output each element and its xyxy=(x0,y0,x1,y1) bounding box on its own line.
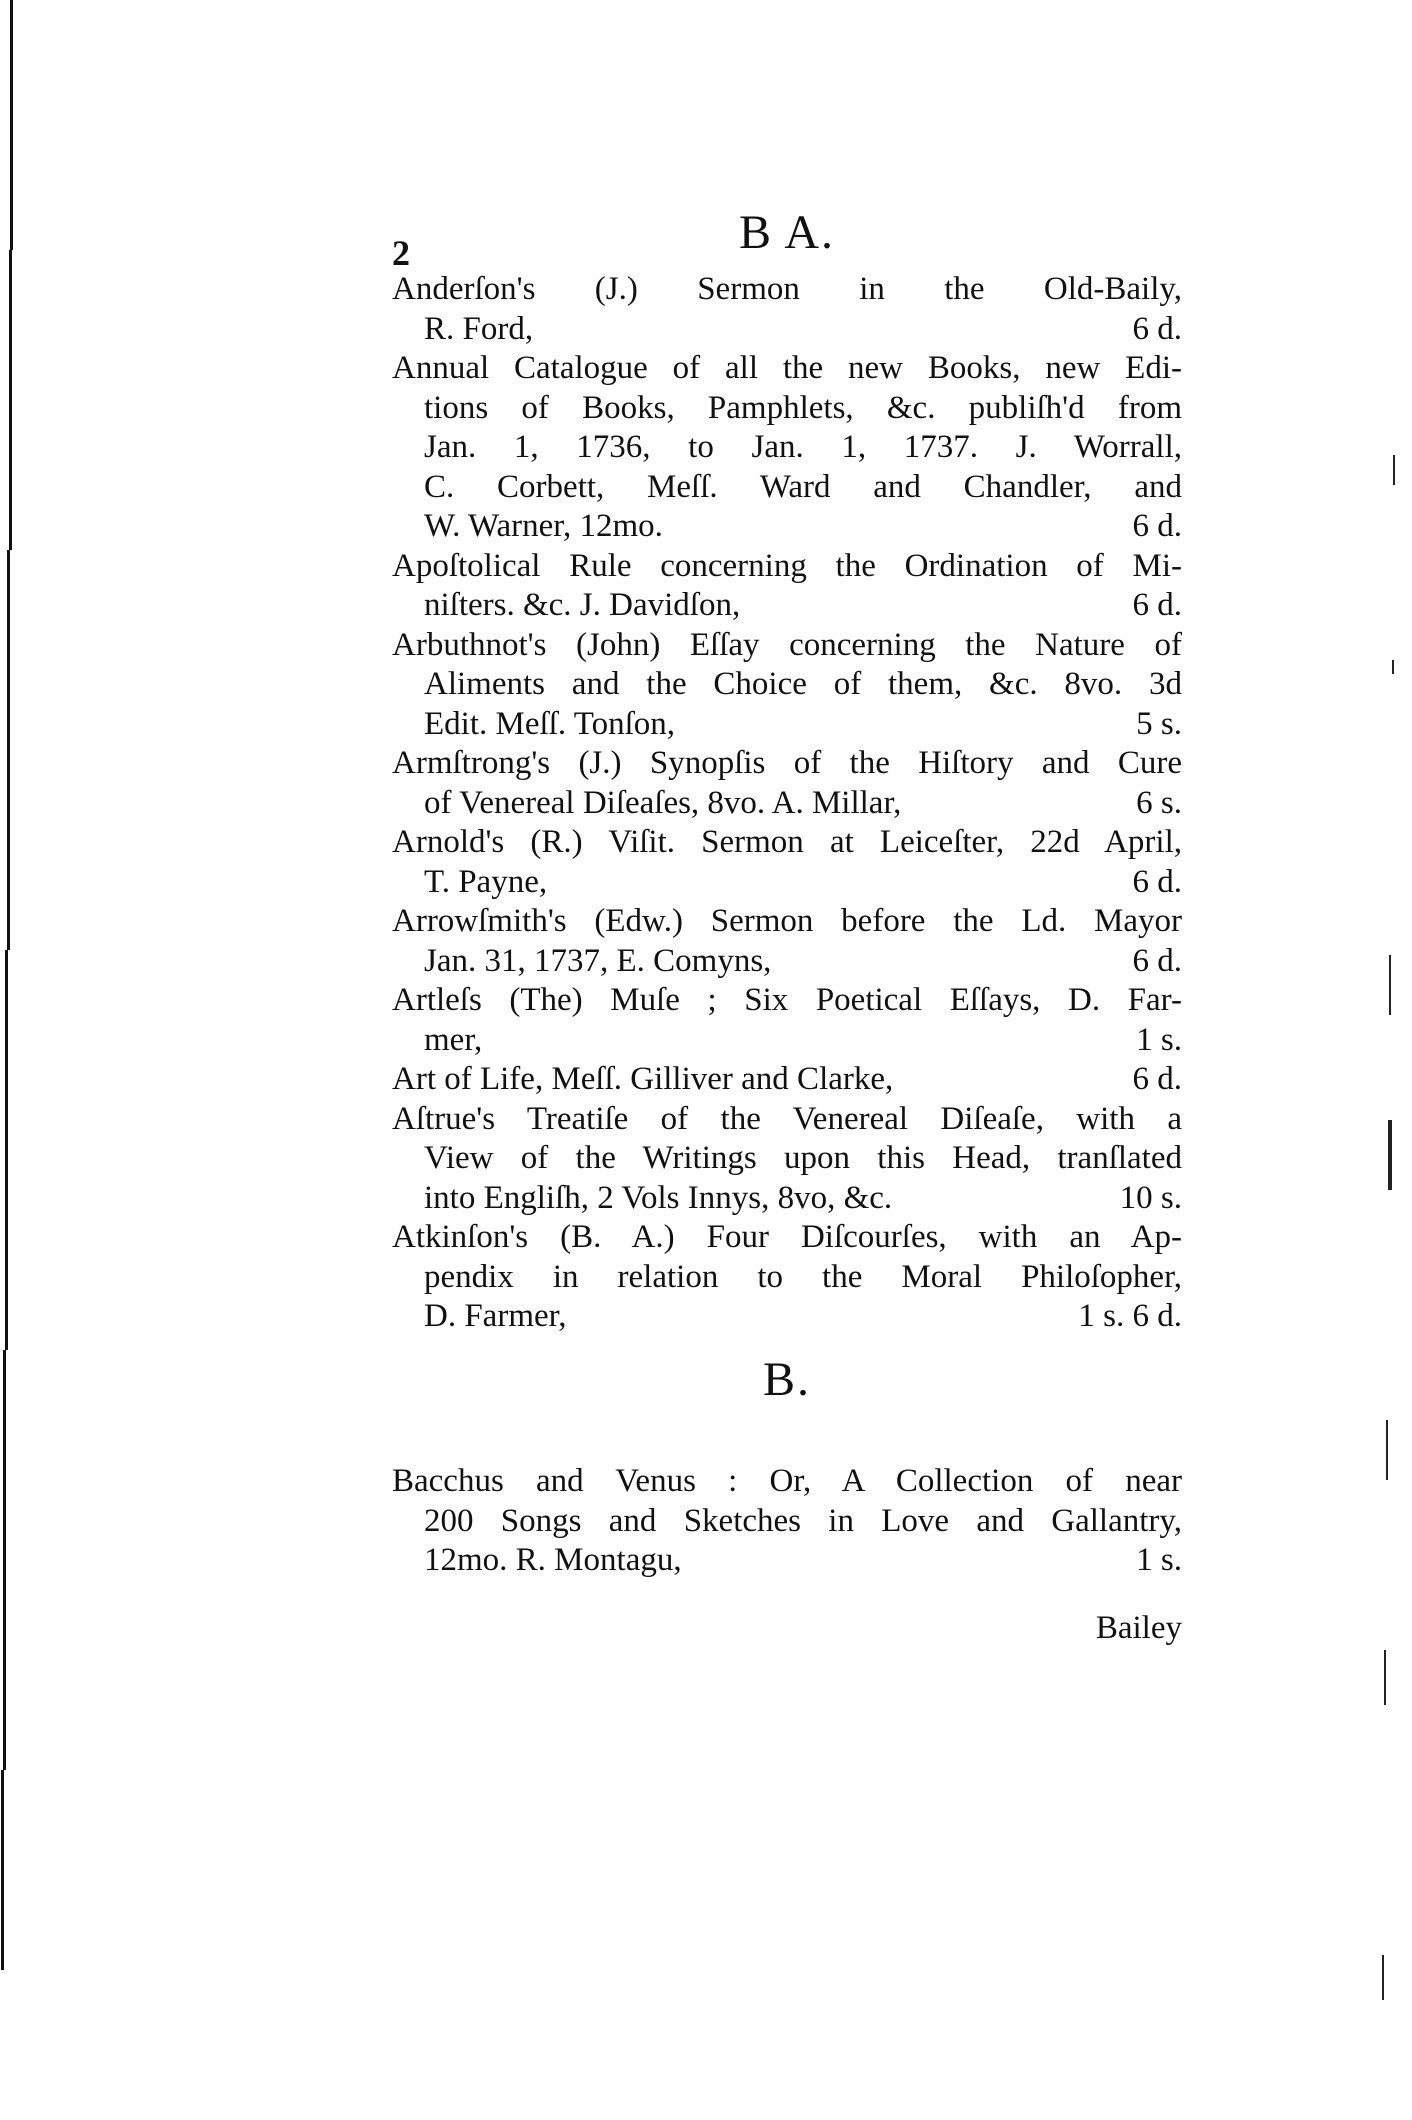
catalogue-entry: Arrowſmith's (Edw.) Sermon before the Ld… xyxy=(392,902,1182,981)
left-gutter-line xyxy=(1,1770,4,1970)
left-gutter-line xyxy=(3,1350,6,1770)
entry-price: 6 d. xyxy=(1133,310,1183,350)
right-edge-mark xyxy=(1382,1955,1384,2000)
catalogue-entry: Art of Life, Meſſ. Gilliver and Clarke,6… xyxy=(392,1060,1182,1100)
entry-line: mer, xyxy=(392,1021,1182,1061)
entry-line: of Venereal Diſeaſes, 8vo. A. Millar, xyxy=(392,784,1182,824)
entry-line: pendix in relation to the Moral Philoſop… xyxy=(392,1258,1182,1298)
entry-price: 1 s. 6 d. xyxy=(1078,1297,1182,1337)
entry-line: R. Ford, xyxy=(392,310,1182,350)
catalogue-entry: Artleſs (The) Muſe ; Six Poetical Eſſays… xyxy=(392,981,1182,1060)
section-b-entries: Bacchus and Venus : Or, A Collection of … xyxy=(392,1462,1182,1581)
entry-line: Arnold's (R.) Viſit. Sermon at Leiceſter… xyxy=(392,823,1182,863)
entry-price: 6 d. xyxy=(1133,863,1183,903)
entry-line: Arbuthnot's (John) Eſſay concerning the … xyxy=(392,626,1182,666)
entry-line: Aſtrue's Treatiſe of the Venereal Diſeaſ… xyxy=(392,1100,1182,1140)
catalogue-entry: Armſtrong's (J.) Synopſis of the Hiſtory… xyxy=(392,744,1182,823)
entry-line: niſters. &c. J. Davidſon, xyxy=(392,586,1182,626)
entry-line: Art of Life, Meſſ. Gilliver and Clarke, xyxy=(392,1060,1182,1100)
entry-line: T. Payne, xyxy=(392,863,1182,903)
entry-line: W. Warner, 12mo. xyxy=(392,507,1182,547)
entry-line: Bacchus and Venus : Or, A Collection of … xyxy=(392,1462,1182,1502)
entry-line: Armſtrong's (J.) Synopſis of the Hiſtory… xyxy=(392,744,1182,784)
entry-line: Edit. Meſſ. Tonſon, xyxy=(392,705,1182,745)
right-edge-mark xyxy=(1389,955,1391,1015)
entry-line: Artleſs (The) Muſe ; Six Poetical Eſſays… xyxy=(392,981,1182,1021)
left-gutter-line xyxy=(9,250,12,550)
catalogue-entry: Bacchus and Venus : Or, A Collection of … xyxy=(392,1462,1182,1581)
running-head: B A. xyxy=(392,205,1182,260)
catchword: Bailey xyxy=(1096,1610,1182,1647)
left-gutter-line xyxy=(10,0,13,250)
entry-price: 5 s. xyxy=(1136,705,1182,745)
entry-line: Jan. 1, 1736, to Jan. 1, 1737. J. Worral… xyxy=(392,428,1182,468)
entry-line: C. Corbett, Meſſ. Ward and Chandler, and xyxy=(392,468,1182,508)
entry-price: 1 s. xyxy=(1136,1541,1182,1581)
catalogue-entry: Apoſtolical Rule concerning the Ordinati… xyxy=(392,547,1182,626)
entry-line: Atkinſon's (B. A.) Four Diſcourſes, with… xyxy=(392,1218,1182,1258)
entry-price: 6 d. xyxy=(1133,1060,1183,1100)
left-gutter-line xyxy=(5,950,8,1350)
right-edge-mark xyxy=(1392,660,1394,674)
entry-line: Annual Catalogue of all the new Books, n… xyxy=(392,349,1182,389)
entry-price: 1 s. xyxy=(1136,1021,1182,1061)
entry-line: Apoſtolical Rule concerning the Ordinati… xyxy=(392,547,1182,587)
catalogue-entry: Annual Catalogue of all the new Books, n… xyxy=(392,349,1182,547)
entry-line: Anderſon's (J.) Sermon in the Old-Baily, xyxy=(392,270,1182,310)
catalogue-entry: Anderſon's (J.) Sermon in the Old-Baily,… xyxy=(392,270,1182,349)
entry-line: 200 Songs and Sketches in Love and Galla… xyxy=(392,1502,1182,1542)
right-edge-mark xyxy=(1386,1420,1388,1480)
entry-price: 6 d. xyxy=(1133,942,1183,982)
entry-line: View of the Writings upon this Head, tra… xyxy=(392,1139,1182,1179)
entry-price: 6 d. xyxy=(1133,586,1183,626)
entry-line: Arrowſmith's (Edw.) Sermon before the Ld… xyxy=(392,902,1182,942)
catalogue-entry: Arnold's (R.) Viſit. Sermon at Leiceſter… xyxy=(392,823,1182,902)
right-edge-mark xyxy=(1384,1650,1386,1705)
right-edge-mark xyxy=(1388,1120,1392,1190)
entry-line: Jan. 31, 1737, E. Comyns, xyxy=(392,942,1182,982)
entry-line: tions of Books, Pamphlets, &c. publiſh'd… xyxy=(392,389,1182,429)
entry-price: 10 s. xyxy=(1120,1179,1182,1219)
right-edge-mark xyxy=(1393,455,1395,485)
entry-line: into Engliſh, 2 Vols Innys, 8vo, &c. xyxy=(392,1179,1182,1219)
entry-price: 6 s. xyxy=(1136,784,1182,824)
entry-line: 12mo. R. Montagu, xyxy=(392,1541,1182,1581)
catalogue-entry: Arbuthnot's (John) Eſſay concerning the … xyxy=(392,626,1182,745)
catalogue-entry: Atkinſon's (B. A.) Four Diſcourſes, with… xyxy=(392,1218,1182,1337)
left-gutter-line xyxy=(7,550,10,950)
catalogue-entry: Aſtrue's Treatiſe of the Venereal Diſeaſ… xyxy=(392,1100,1182,1219)
entry-price: 6 d. xyxy=(1133,507,1183,547)
entry-line: Aliments and the Choice of them, &c. 8vo… xyxy=(392,665,1182,705)
section-ba-entries: Anderſon's (J.) Sermon in the Old-Baily,… xyxy=(392,270,1182,1337)
section-b-heading: B. xyxy=(392,1352,1182,1407)
entry-line: D. Farmer, xyxy=(392,1297,1182,1337)
